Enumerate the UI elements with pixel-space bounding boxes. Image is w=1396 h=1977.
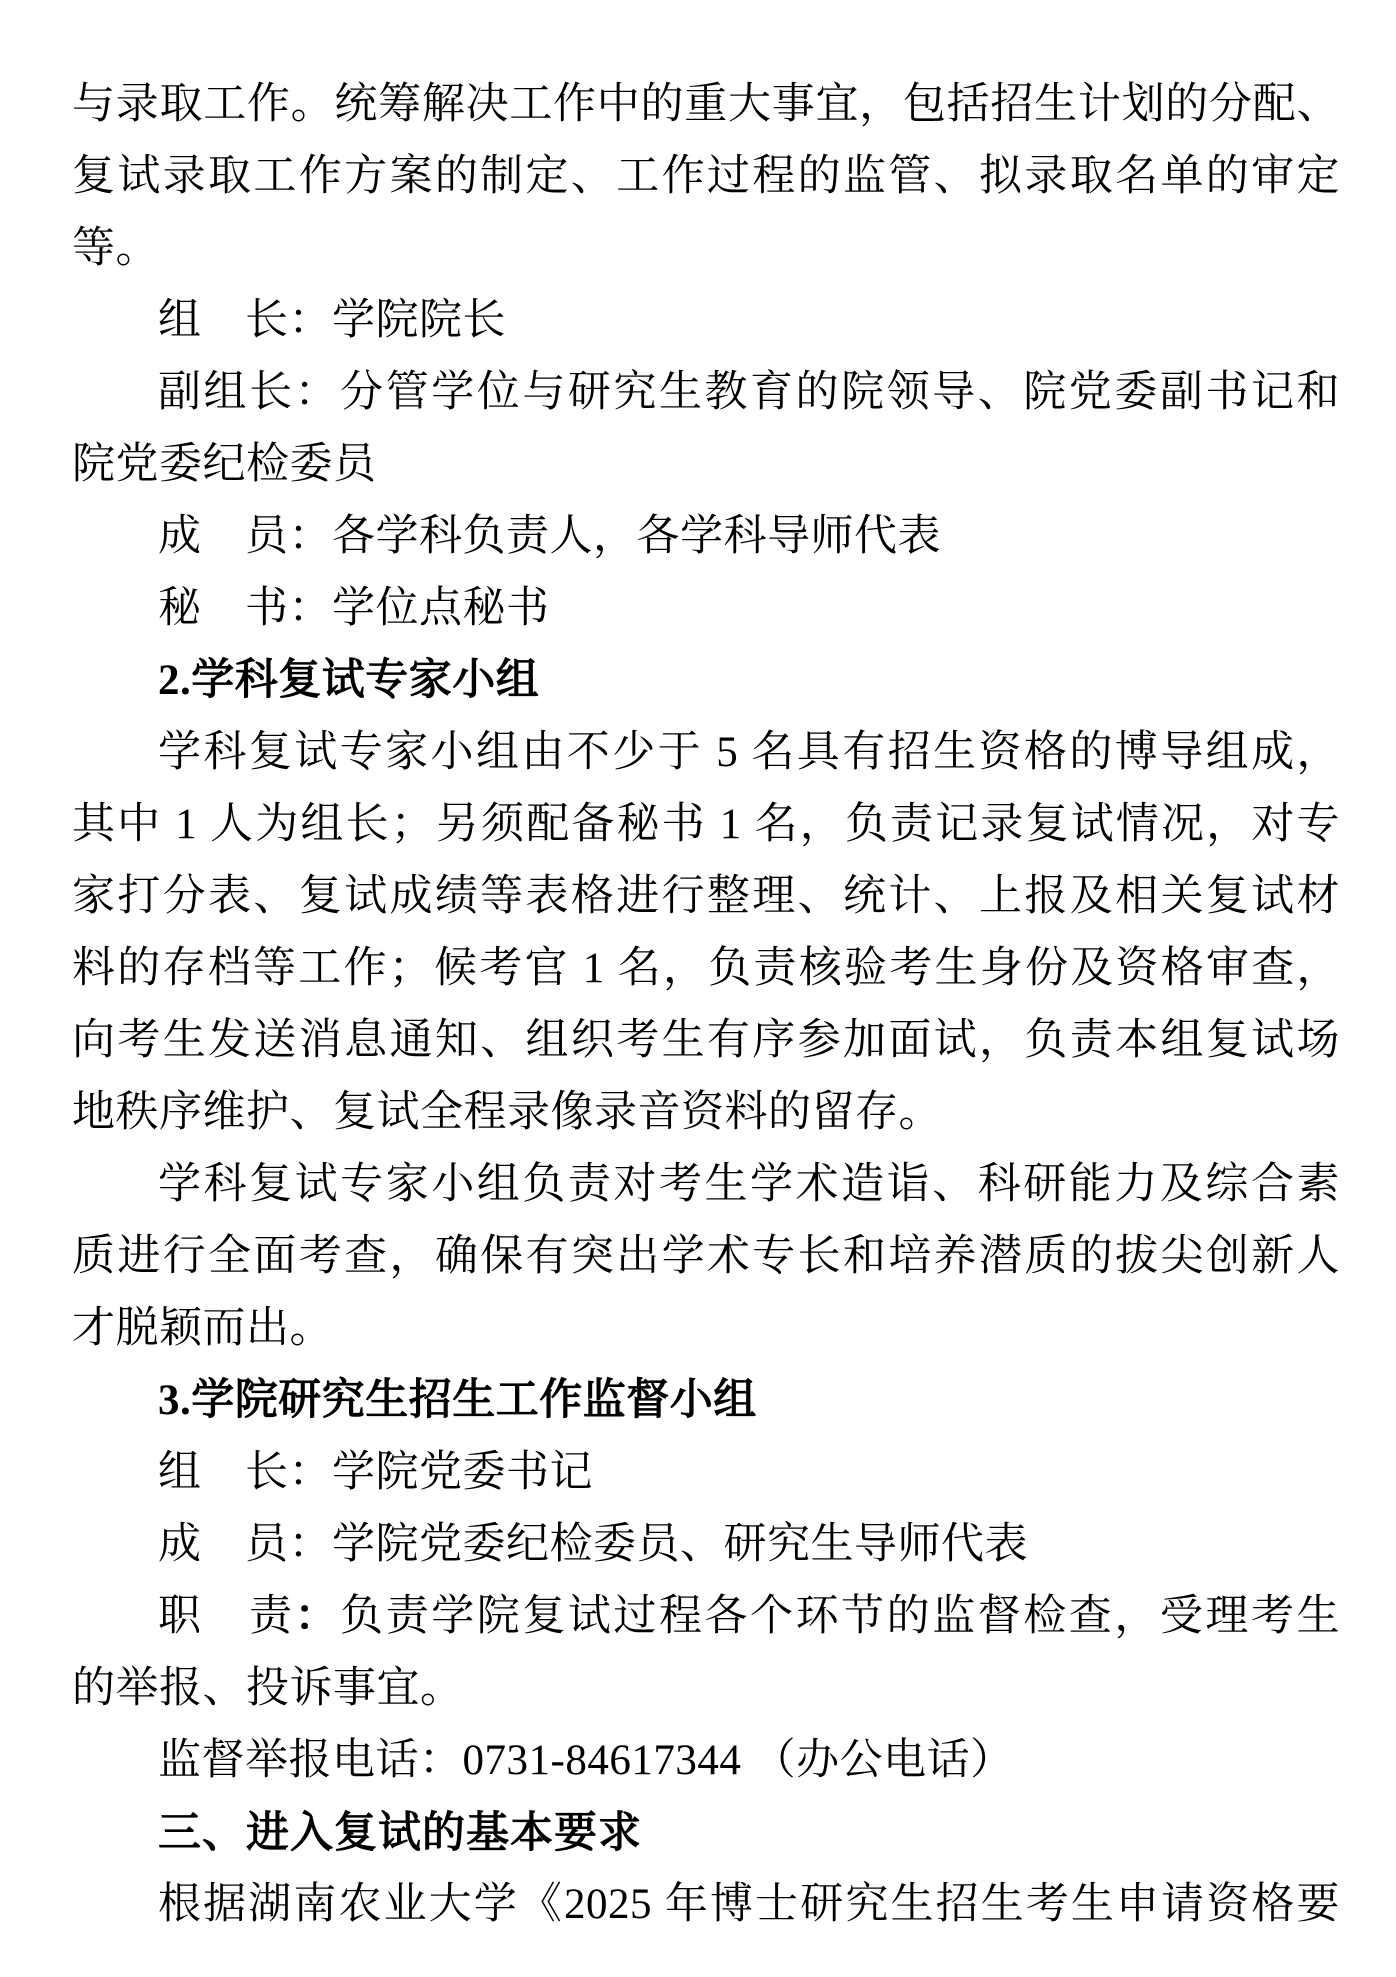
- paragraph-line: 地秩序维护、复试全程录像录音资料的留存。: [72, 1077, 1340, 1149]
- paragraph-line: 根据湖南农业大学《2025 年博士研究生招生考生申请资格要: [72, 1869, 1340, 1941]
- paragraph-line: 与录取工作。统筹解决工作中的重大事宜，包括招生计划的分配、: [72, 69, 1340, 141]
- paragraph-line: 学科复试专家小组负责对考生学术造诣、科研能力及综合素: [72, 1149, 1340, 1221]
- subheading-supervision-group: 3.学院研究生招生工作监督小组: [72, 1365, 1340, 1437]
- paragraph-line: 学科复试专家小组由不少于 5 名具有招生资格的博导组成，: [72, 717, 1340, 789]
- role-line-duties-cont: 的举报、投诉事宜。: [72, 1653, 1340, 1725]
- duties-text: 负责学院复试过程各个环节的监督检查，受理考生: [340, 1593, 1340, 1640]
- paragraph-line: 质进行全面考查，确保有突出学术专长和培养潜质的拔尖创新人: [72, 1221, 1340, 1293]
- paragraph-line: 复试录取工作方案的制定、工作过程的监管、拟录取名单的审定: [72, 141, 1340, 213]
- document-page: 与录取工作。统筹解决工作中的重大事宜，包括招生计划的分配、 复试录取工作方案的制…: [0, 0, 1396, 1977]
- duties-label: 职 责: [158, 1593, 295, 1640]
- paragraph-line: 向考生发送消息通知、组织考生有序参加面试，负责本组复试场: [72, 1005, 1340, 1077]
- supervision-phone-line: 监督举报电话：0731-84617344 （办公电话）: [72, 1725, 1340, 1797]
- paragraph-line: 等。: [72, 213, 1340, 285]
- paragraph-line: 才脱颖而出。: [72, 1293, 1340, 1365]
- paragraph-line: 料的存档等工作；候考官 1 名，负责核验考生身份及资格审查，: [72, 933, 1340, 1005]
- section-heading-basic-requirements: 三、进入复试的基本要求: [72, 1797, 1340, 1869]
- paragraph-line: 家打分表、复试成绩等表格进行整理、统计、上报及相关复试材: [72, 861, 1340, 933]
- role-line-group-leader: 组 长：学院院长: [72, 285, 1340, 357]
- document-body: 与录取工作。统筹解决工作中的重大事宜，包括招生计划的分配、 复试录取工作方案的制…: [72, 69, 1340, 1941]
- paragraph-line: 其中 1 人为组长；另须配备秘书 1 名，负责记录复试情况，对专: [72, 789, 1340, 861]
- role-line-members: 成 员：学院党委纪检委员、研究生导师代表: [72, 1509, 1340, 1581]
- role-line-group-leader: 组 长：学院党委书记: [72, 1437, 1340, 1509]
- role-line-duties: 职 责：负责学院复试过程各个环节的监督检查，受理考生: [72, 1581, 1340, 1653]
- subheading-expert-group: 2.学科复试专家小组: [72, 645, 1340, 717]
- role-line-members: 成 员：各学科负责人，各学科导师代表: [72, 501, 1340, 573]
- role-line-secretary: 秘 书：学位点秘书: [72, 573, 1340, 645]
- duties-colon: ：: [295, 1593, 341, 1640]
- role-line-deputy-leader: 副组长：分管学位与研究生教育的院领导、院党委副书记和: [72, 357, 1340, 429]
- role-line-deputy-leader-cont: 院党委纪检委员: [72, 429, 1340, 501]
